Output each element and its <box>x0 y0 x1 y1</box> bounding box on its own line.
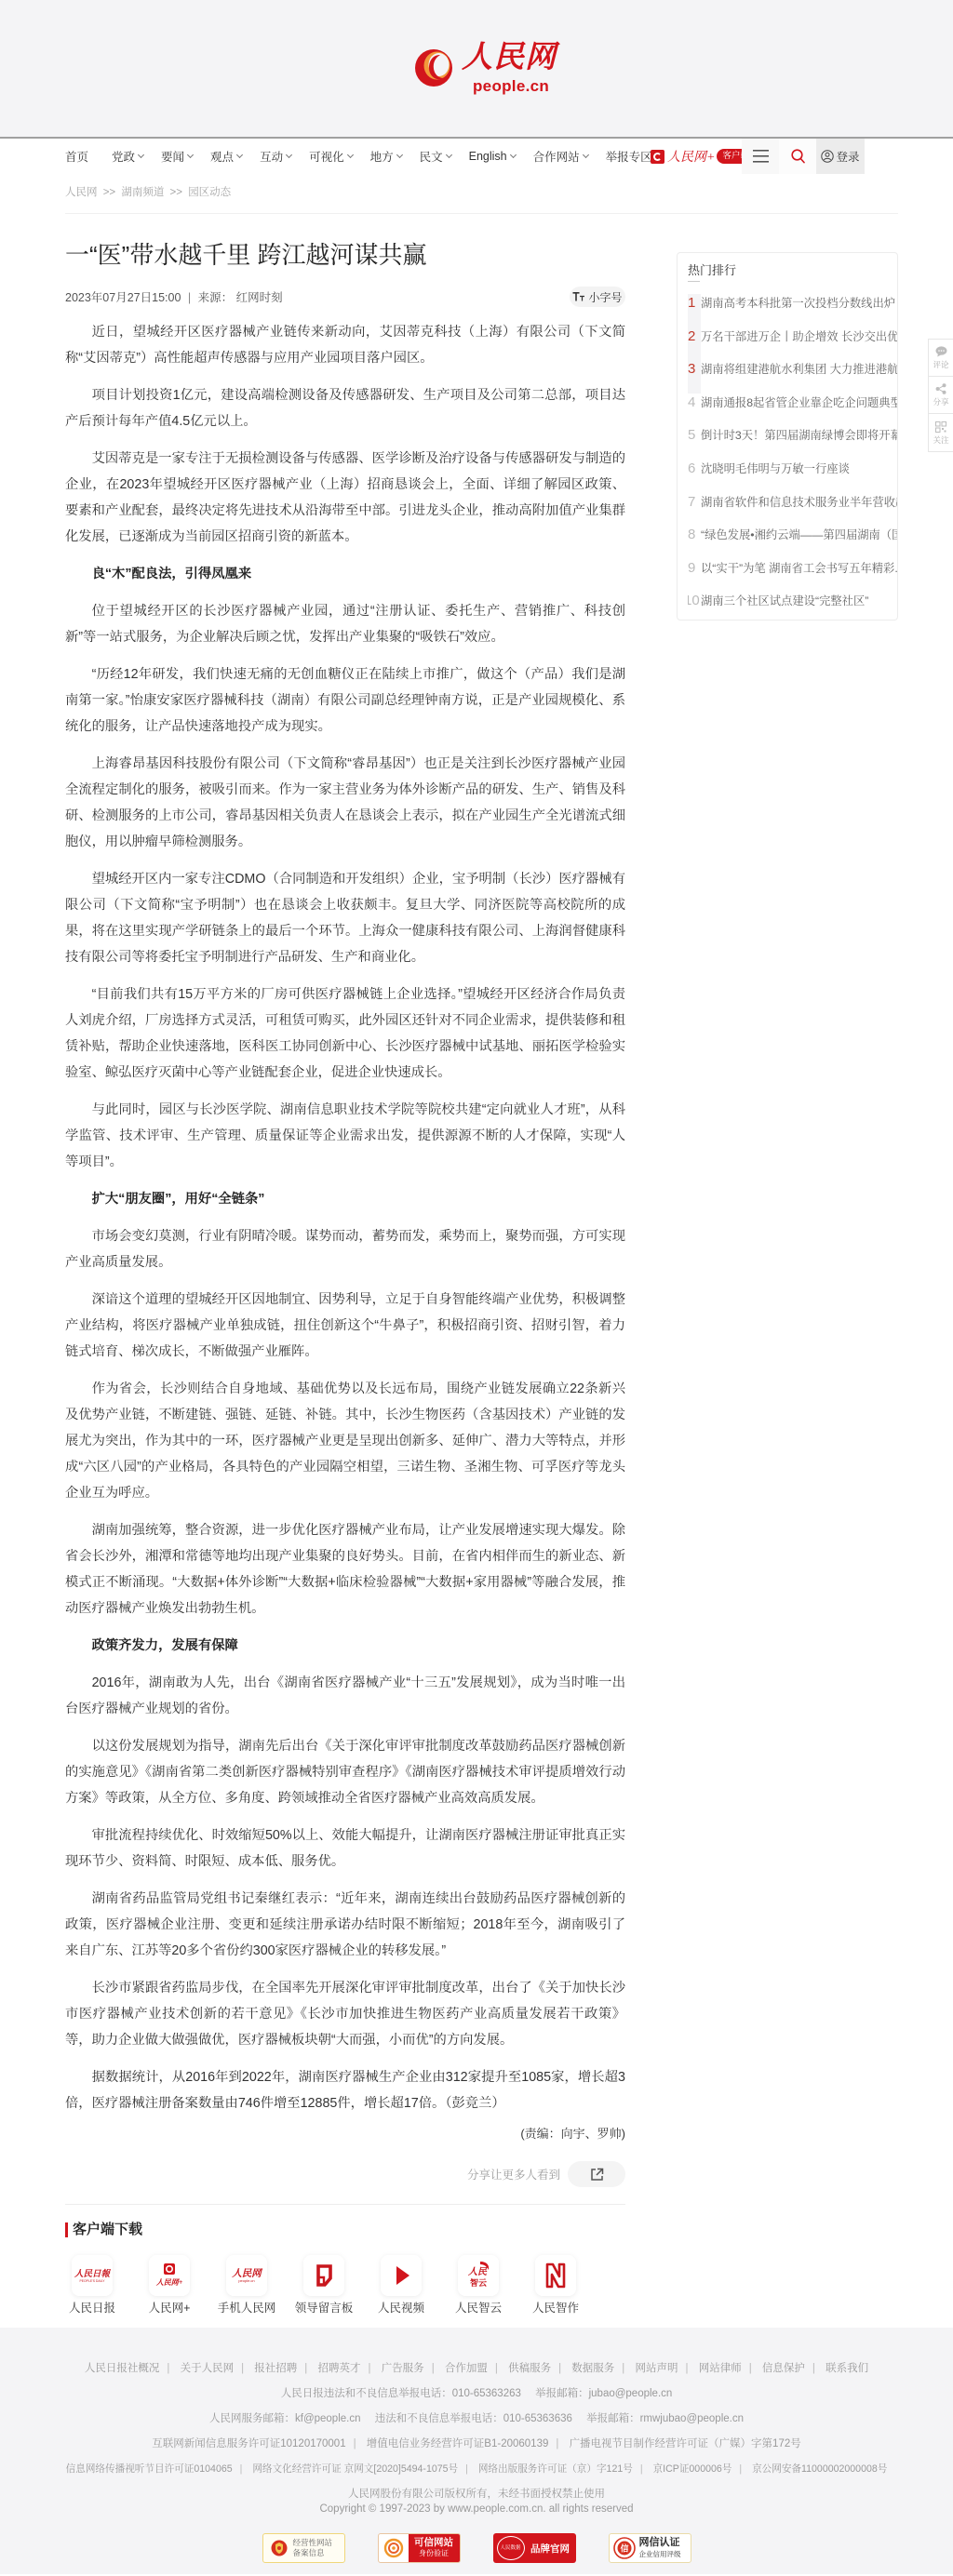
people-plus-app-link[interactable]: 人民网+ 客户端 <box>651 147 755 166</box>
nav-item-label: 举报专区 <box>606 148 652 165</box>
font-size-icon <box>572 292 585 301</box>
message-board-icon <box>303 2255 344 2296</box>
badge-line-1: 经营性网站 <box>293 2538 333 2548</box>
hot-ranking-panel: 热门排行 1湖南高考本科批第一次投档分数线出炉！历... 2万名干部进万企丨助企… <box>677 252 898 621</box>
footer-report-line-1: 人民日报违法和不良信息举报电话：010-65363263 举报邮箱：jubao@… <box>0 2386 953 2401</box>
share-button[interactable] <box>568 2161 625 2187</box>
app-label: 人民智作 <box>532 2300 579 2316</box>
login-button[interactable]: 登录 <box>816 139 865 174</box>
service-email[interactable]: kf@people.cn <box>295 2413 361 2424</box>
share-row: 分享让更多人看到 <box>65 2161 625 2187</box>
chevron-down-icon <box>396 151 403 157</box>
nav-item-home[interactable]: 首页 <box>65 148 88 165</box>
badge-text: 经营性网站 备案信息 <box>293 2538 333 2558</box>
logo-text-cn: 人民网 <box>462 39 557 76</box>
search-button[interactable] <box>779 139 816 174</box>
editor-credit: (责编：向宇、罗帅) <box>65 2125 625 2143</box>
separator: | <box>622 2363 624 2374</box>
separator: | <box>558 2363 561 2374</box>
footer-link[interactable]: 关于人民网 <box>181 2363 235 2374</box>
badge-line-2: 身份验证 <box>419 2548 449 2559</box>
hot-list-item[interactable]: 3湖南将组建港航水利集团 大力推进港航资... <box>688 360 897 394</box>
hamburger-icon <box>753 150 769 163</box>
article-paragraph: 艾因蒂克是一家专注于无损检测设备与传感器、医学诊断及治疗设备与传感器研发与制造的… <box>65 446 625 550</box>
app-download-list: 人民日報 PEOPLE'S DAILY 人民日报 人民网+ 人民 <box>65 2255 625 2316</box>
report-phone-label: 人民日报违法和不良信息举报电话： <box>281 2388 452 2399</box>
breadcrumb: 人民网 >> 湖南频道 >> 园区动态 <box>65 174 898 214</box>
license-link[interactable]: 网络文化经营许可证 京网文[2020]5494-1075号 <box>252 2463 458 2475</box>
separator: | <box>640 2463 643 2475</box>
footer-links: 人民日报社概况| 关于人民网| 报社招聘| 招聘英才| 广告服务| 合作加盟| … <box>0 2361 953 2376</box>
hot-item-title: 湖南省软件和信息技术服务业半年营收超9... <box>701 493 897 512</box>
credit-stamp-icon: 信 <box>613 2537 636 2559</box>
svg-text:people.cn: people.cn <box>238 2278 254 2283</box>
trusted-swirl-icon <box>379 2534 409 2562</box>
article-meta-info: 2023年07月27日15:00 | 来源： 红网时刻 <box>65 288 283 305</box>
article-paragraph: 上海睿昂基因科技股份有限公司（下文简称“睿昂基因”）也正是关注到长沙医疗器械产业… <box>65 751 625 855</box>
nav-item-interaction[interactable]: 互动 <box>260 148 291 165</box>
app-label: 领导留言板 <box>295 2300 354 2316</box>
logo-text-en: people.cn <box>473 78 549 95</box>
app-label: 人民视频 <box>378 2300 424 2316</box>
nav-item-label: 观点 <box>210 148 234 165</box>
badge-text: 可信网站 身份验证 <box>409 2534 460 2562</box>
nav-item-label: 首页 <box>65 148 88 165</box>
app-label: 手机人民网 <box>218 2300 276 2316</box>
separator: | <box>465 2463 468 2475</box>
apps-section-title: 客户端下载 <box>65 2222 625 2237</box>
footer-link[interactable]: 供稿服务 <box>508 2363 551 2374</box>
nav-item-report-zone[interactable]: 举报专区 <box>606 148 652 165</box>
article-paragraph: 2016年，湖南敢为人先，出台《湖南省医疗器械产业“十三五”发展规划》，成为当时… <box>65 1670 625 1722</box>
meta-separator: | <box>188 291 191 304</box>
nav-item-english[interactable]: English <box>469 150 516 163</box>
article-meta: 2023年07月27日15:00 | 来源： 红网时刻 小字号 <box>65 287 625 307</box>
app-people-video[interactable]: 人民视频 <box>374 2255 428 2316</box>
section-heading: 政策齐发力，发展有保障 <box>65 1633 625 1659</box>
footer-licenses-2: 信息网络传播视听节目许可证0104065| 网络文化经营许可证 京网文[2020… <box>0 2462 953 2476</box>
article-paragraph: 与此同时，园区与长沙医学院、湖南信息职业技术学院等院校共建“定向就业人才班”，从… <box>65 1097 625 1175</box>
breadcrumb-separator: >> <box>103 187 115 198</box>
rank-number: 8 <box>688 526 701 544</box>
separator: | <box>739 2463 742 2475</box>
service-email-label: 人民网服务邮箱： <box>209 2413 295 2424</box>
people-plus-icon: 人民网+ <box>149 2255 190 2296</box>
separator: | <box>167 2363 169 2374</box>
app-people-zhizuo[interactable]: 人民智作 <box>529 2255 583 2316</box>
separator: | <box>749 2363 752 2374</box>
hot-item-title: 湖南通报8起省管企业靠企吃企问题典型案例 <box>701 394 897 412</box>
share-icon <box>935 383 946 394</box>
zhiyun-icon: 人民 智云 <box>458 2255 499 2296</box>
source-label: 来源： <box>198 291 234 304</box>
nav-item-label: 党政 <box>112 148 135 165</box>
source-link[interactable]: 红网时刻 <box>236 291 283 304</box>
report-phone-label: 违法和不良信息举报电话： <box>375 2413 503 2424</box>
people-plus-logo-icon <box>651 150 664 164</box>
copyright-en: Copyright © 1997-2023 by www.people.com.… <box>0 2502 953 2516</box>
follow-button[interactable]: 关注 <box>929 414 953 451</box>
badge-line-1: 可信网站 <box>414 2537 453 2548</box>
separator: | <box>304 2363 307 2374</box>
nav-item-label: 互动 <box>260 148 283 165</box>
mobile-people-icon: 人民网 people.cn <box>226 2255 267 2296</box>
license-link[interactable]: 京公网安备11000002000008号 <box>752 2463 887 2475</box>
badge-line-1: 品牌官网 <box>525 2542 576 2556</box>
footer-link[interactable]: 招聘英才 <box>317 2363 360 2374</box>
license-link[interactable]: 广播电视节目制作经营许可证（广媒）字第172号 <box>570 2438 801 2449</box>
separator: | <box>556 2438 558 2449</box>
nav-item-visualization[interactable]: 可视化 <box>309 148 353 165</box>
footer-link[interactable]: 网站声明 <box>636 2363 678 2374</box>
search-icon <box>791 149 805 164</box>
svg-text:PEOPLE'S DAILY: PEOPLE'S DAILY <box>80 2279 106 2283</box>
hot-item-title: “绿色发展•湘约云端——第四届湖南（国... <box>701 526 897 544</box>
rank-number: 10 <box>688 592 701 610</box>
article-paragraph: 据数据统计，从2016年到2022年，湖南医疗器械生产企业由312家提升至108… <box>65 2064 625 2116</box>
report-email[interactable]: jubao@people.cn <box>589 2388 673 2399</box>
article-paragraph: 望城经开区内一家专注CDMO（合同制造和开发组织）企业，宝予明制（长沙）医疗器械… <box>65 866 625 970</box>
app-name: 人民网+ <box>667 147 715 166</box>
article-paragraph: 以这份发展规划为指导，湖南先后出台《关于深化审评审批制度改革鼓励药品医疗器械创新… <box>65 1733 625 1811</box>
app-label: 人民网+ <box>149 2300 191 2316</box>
nav-item-label: 合作网站 <box>533 148 580 165</box>
article-paragraph: 项目计划投资1亿元，建设高端检测设备及传感器研发、生产项目及公司第二总部，项目达… <box>65 382 625 434</box>
app-message-board[interactable]: 领导留言板 <box>297 2255 351 2316</box>
separator: | <box>354 2438 356 2449</box>
badge-line-2: 备案信息 <box>293 2548 333 2558</box>
app-people-daily[interactable]: 人民日報 PEOPLE'S DAILY 人民日报 <box>65 2255 119 2316</box>
article-paragraph: “目前我们共有15万平方米的厂房可供医疗器械链上企业选择。”望城经开区经济合作局… <box>65 981 625 1086</box>
play-icon <box>381 2255 422 2296</box>
article-paragraph: 位于望城经开区的长沙医疗器械产业园，通过“注册认证、委托生产、营销推广、科技创新… <box>65 598 625 650</box>
rank-number: 1 <box>688 294 701 327</box>
footer-link[interactable]: 广告服务 <box>382 2363 424 2374</box>
zhizuo-icon <box>535 2255 576 2296</box>
badge-cyber-credit[interactable]: 信 网信认证 企业信用评级 <box>609 2533 691 2563</box>
chevron-down-icon <box>583 151 589 157</box>
nav-item-label: 民文 <box>420 148 443 165</box>
app-mobile-people[interactable]: 人民网 people.cn 手机人民网 <box>220 2255 274 2316</box>
separator: | <box>241 2363 244 2374</box>
hot-list-item[interactable]: 9以“实干”为笔 湖南省工会书写五年精彩... <box>688 559 897 593</box>
nav-item-news[interactable]: 要闻 <box>161 148 193 165</box>
rank-number: 5 <box>688 426 701 445</box>
app-label: 人民智云 <box>455 2300 502 2316</box>
footer-link[interactable]: 人民日报社概况 <box>85 2363 160 2374</box>
hot-list-item[interactable]: 6沈晓明毛伟明与万敏一行座谈 <box>688 460 897 493</box>
badge-text: 网信认证 企业信用评级 <box>639 2537 681 2559</box>
copyright-cn: 人民网股份有限公司版权所有，未经书面授权禁止使用 <box>0 2487 953 2502</box>
badge-line-2: 企业信用评级 <box>639 2549 681 2559</box>
app-label: 人民日报 <box>69 2300 115 2316</box>
hot-item-title: 湖南高考本科批第一次投档分数线出炉！历... <box>701 294 897 313</box>
article-paragraph: “历经12年研发，我们快速无痛的无创血糖仪正在陆续上市推广，做这个（产品）我们是… <box>65 661 625 740</box>
report-phone: 010-65363636 <box>503 2413 572 2424</box>
license-link[interactable]: 互联网新闻信息服务许可证10120170001 <box>152 2438 345 2449</box>
hot-list-item[interactable]: 10湖南三个社区试点建设“完整社区” <box>688 592 897 610</box>
badge-trusted-site[interactable]: 可信网站 身份验证 <box>378 2533 461 2563</box>
article-paragraph: 深谙这个道理的望城经开区因地制宜、因势利导，立足于自身智能终端产业优势，积极调整… <box>65 1287 625 1365</box>
hot-list-item[interactable]: 1湖南高考本科批第一次投档分数线出炉！历... <box>688 294 897 327</box>
certification-badges: 经营性网站 备案信息 可信网站 身份验证 人民数据 品牌官网 <box>0 2533 953 2563</box>
hot-item-title: 万名干部进万企丨助企增效 长沙交出优化... <box>701 327 897 346</box>
hot-list-item[interactable]: 7湖南省软件和信息技术服务业半年营收超9... <box>688 493 897 527</box>
comment-label: 评论 <box>933 360 948 369</box>
font-size-toggle-button[interactable]: 小字号 <box>570 287 625 307</box>
report-email-label: 举报邮箱： <box>535 2388 589 2399</box>
nav-list: 首页 党政 要闻 观点 互动 可视化 地方 民文 English 合作网站 举报… <box>65 139 670 174</box>
nav-item-ethnic-languages[interactable]: 民文 <box>420 148 451 165</box>
hot-list-item[interactable]: 8“绿色发展•湘约云端——第四届湖南（国... <box>688 526 897 559</box>
rank-number: 4 <box>688 394 701 412</box>
footer-link[interactable]: 信息保护 <box>762 2363 805 2374</box>
report-email-label: 举报邮箱： <box>586 2413 640 2424</box>
badge-business-site-filing[interactable]: 经营性网站 备案信息 <box>262 2533 345 2563</box>
chevron-down-icon <box>138 151 144 157</box>
license-link[interactable]: 网络出版服务许可证（京）字121号 <box>478 2463 633 2475</box>
share-label: 分享 <box>933 397 948 407</box>
footer-link[interactable]: 数据服务 <box>571 2363 614 2374</box>
external-share-icon <box>590 2168 604 2182</box>
hot-item-title: 湖南三个社区试点建设“完整社区” <box>701 592 868 610</box>
menu-button[interactable] <box>742 139 779 174</box>
separator: | <box>495 2363 498 2374</box>
follow-label: 关注 <box>933 435 948 445</box>
rank-number: 9 <box>688 559 701 578</box>
separator: | <box>240 2463 243 2475</box>
font-size-toggle-label: 小字号 <box>588 289 622 305</box>
nav-item-label: 要闻 <box>161 148 184 165</box>
site-header: 人民网 people.cn <box>0 0 953 137</box>
chevron-down-icon <box>347 151 354 157</box>
floating-toolbar: 评论 分享 关注 <box>928 339 953 452</box>
nav-item-partner-sites[interactable]: 合作网站 <box>533 148 588 165</box>
title-underline <box>688 281 700 282</box>
share-toolbar-button[interactable]: 分享 <box>929 377 953 414</box>
app-people-plus[interactable]: 人民网+ 人民网+ <box>142 2255 196 2316</box>
site-logo[interactable]: 人民网 people.cn <box>413 41 562 95</box>
shield-emblem-icon <box>271 2539 288 2557</box>
nav-item-label: English <box>469 150 507 163</box>
hot-list-item[interactable]: 4湖南通报8起省管企业靠企吃企问题典型案例 <box>688 394 897 427</box>
svg-text:信: 信 <box>620 2543 628 2554</box>
hot-item-title: 以“实干”为笔 湖南省工会书写五年精彩... <box>701 559 897 578</box>
breadcrumb-link-home[interactable]: 人民网 <box>65 187 98 198</box>
svg-text:智云: 智云 <box>470 2277 487 2288</box>
people-data-emblem-icon: 人民数据 <box>497 2536 525 2560</box>
nav-item-label: 地方 <box>370 148 394 165</box>
app-people-zhiyun[interactable]: 人民 智云 人民智云 <box>451 2255 505 2316</box>
breadcrumb-link-section[interactable]: 园区动态 <box>188 187 231 198</box>
section-heading: 扩大“朋友圈”，用好“全链条” <box>65 1186 625 1212</box>
breadcrumb-separator: >> <box>170 187 182 198</box>
breadcrumb-link-channel[interactable]: 湖南频道 <box>121 187 164 198</box>
people-swirl-logo-icon <box>413 46 456 88</box>
user-circle-icon <box>821 150 834 163</box>
article-paragraph: 市场会变幻莫测，行业有阴晴冷暖。谋势而动，蓄势而发，乘势而上，聚势而强，方可实现… <box>65 1223 625 1275</box>
article-paragraph: 近日，望城经开区医疗器械产业链传来新动向，艾因蒂克科技（上海）有限公司（下文简称… <box>65 319 625 371</box>
follow-icon <box>935 421 946 433</box>
publish-date: 2023年07月27日15:00 <box>65 291 181 304</box>
section-heading: 良“木”配良法，引得凤凰来 <box>65 561 625 587</box>
site-footer: 人民日报社概况| 关于人民网| 报社招聘| 招聘英才| 广告服务| 合作加盟| … <box>0 2328 953 2574</box>
svg-text:人民: 人民 <box>467 2266 488 2277</box>
article-paragraph: 湖南省药品监管局党组书记秦继红表示：“近年来，湖南连续出台鼓励药品医疗器械创新的… <box>65 1886 625 1964</box>
chevron-down-icon <box>236 151 243 157</box>
people-daily-icon: 人民日報 PEOPLE'S DAILY <box>72 2255 113 2296</box>
article-paragraph: 长沙市紧跟省药监局步伐，在全国率先开展深化审评审批制度改革，出台了《关于加快长沙… <box>65 1975 625 2053</box>
license-link[interactable]: 信息网络传播视听节目许可证0104065 <box>66 2463 233 2475</box>
rank-number: 7 <box>688 493 701 512</box>
badge-brand-official-site[interactable]: 人民数据 品牌官网 <box>493 2533 576 2563</box>
page-content: 人民网 >> 湖南频道 >> 园区动态 一“医”带水越千里 跨江越河谋共赢 20… <box>65 174 898 2316</box>
share-prompt: 分享让更多人看到 <box>467 2166 560 2182</box>
hot-ranking-title: 热门排行 <box>688 262 897 279</box>
chevron-down-icon <box>446 151 452 157</box>
chevron-down-icon <box>187 151 194 157</box>
footer-link[interactable]: 网站律师 <box>699 2363 742 2374</box>
license-link[interactable]: 增值电信业务经营许可证B1-20060139 <box>367 2438 549 2449</box>
chevron-down-icon <box>286 151 292 157</box>
article-paragraph: 湖南加强统筹，整合资源，进一步优化医疗器械产业布局，让产业发展增速实现大爆发。除… <box>65 1517 625 1622</box>
footer-report-line-2: 人民网服务邮箱：kf@people.cn 违法和不良信息举报电话：010-653… <box>0 2411 953 2426</box>
hot-list-item[interactable]: 2万名干部进万企丨助企增效 长沙交出优化... <box>688 327 897 361</box>
article-paragraph: 审批流程持续优化、时效缩短50%以上、效能大幅提升，让湖南医疗器械注册证审批真正… <box>65 1822 625 1875</box>
nav-item-local[interactable]: 地方 <box>370 148 402 165</box>
content-columns: 一“医”带水越千里 跨江越河谋共赢 2023年07月27日15:00 | 来源：… <box>65 214 898 2316</box>
report-email[interactable]: rmwjubao@people.cn <box>640 2413 744 2424</box>
license-link[interactable]: 京ICP证000006号 <box>653 2463 732 2475</box>
report-phone: 010-65363263 <box>452 2388 521 2399</box>
article-paragraph: 作为省会，长沙则结合自身地域、基础优势以及长远布局，围绕产业链发展确立22条新兴… <box>65 1376 625 1506</box>
comment-button[interactable]: 评论 <box>929 340 953 377</box>
hot-item-title: 沈晓明毛伟明与万敏一行座谈 <box>701 460 850 478</box>
separator: | <box>432 2363 435 2374</box>
rank-number: 2 <box>688 327 701 361</box>
main-nav: 首页 党政 要闻 观点 互动 可视化 地方 民文 English 合作网站 举报… <box>0 137 953 174</box>
separator: | <box>686 2363 689 2374</box>
hot-item-title: 倒计时3天！第四届湖南绿博会即将开幕 <box>701 426 897 445</box>
article-title: 一“医”带水越千里 跨江越河谋共赢 <box>65 239 625 271</box>
nav-item-label: 可视化 <box>309 148 344 165</box>
footer-link[interactable]: 合作加盟 <box>445 2363 488 2374</box>
rank-number: 6 <box>688 460 701 478</box>
comment-icon <box>935 346 947 357</box>
article: 一“医”带水越千里 跨江越河谋共赢 2023年07月27日15:00 | 来源：… <box>65 214 625 2316</box>
hot-ranking-list: 1湖南高考本科批第一次投档分数线出炉！历... 2万名干部进万企丨助企增效 长沙… <box>688 294 897 610</box>
nav-item-party-gov[interactable]: 党政 <box>112 148 143 165</box>
divider <box>65 2204 625 2205</box>
badge-line-1: 网信认证 <box>639 2537 681 2549</box>
hot-item-title: 湖南将组建港航水利集团 大力推进港航资... <box>701 360 897 379</box>
footer-licenses-1: 互联网新闻信息服务许可证10120170001| 增值电信业务经营许可证B1-2… <box>0 2436 953 2451</box>
nav-item-opinion[interactable]: 观点 <box>210 148 242 165</box>
separator: | <box>812 2363 815 2374</box>
separator: | <box>368 2363 370 2374</box>
login-label: 登录 <box>836 148 859 165</box>
footer-link[interactable]: 联系我们 <box>825 2363 868 2374</box>
svg-text:人民日報: 人民日報 <box>74 2268 111 2279</box>
chevron-down-icon <box>510 151 517 157</box>
article-body: 近日，望城经开区医疗器械产业链传来新动向，艾因蒂克科技（上海）有限公司（下文简称… <box>65 319 625 2116</box>
rank-number: 3 <box>688 360 701 394</box>
footer-link[interactable]: 报社招聘 <box>254 2363 297 2374</box>
svg-text:人民网+: 人民网+ <box>155 2278 183 2287</box>
hot-list-item[interactable]: 5倒计时3天！第四届湖南绿博会即将开幕 <box>688 426 897 460</box>
